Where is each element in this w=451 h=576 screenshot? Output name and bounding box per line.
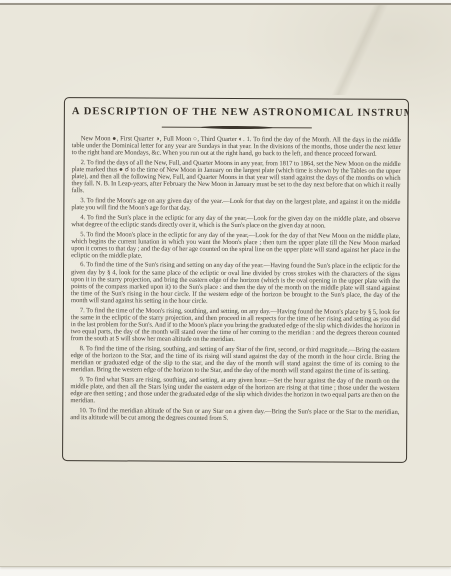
- document-body: New Moon ●, First Quarter ◑, Full Moon ○…: [70, 135, 400, 423]
- paper-sheet: A DESCRIPTION OF THE NEW ASTRONOMICAL IN…: [0, 3, 451, 567]
- printed-border-frame: A DESCRIPTION OF THE NEW ASTRONOMICAL IN…: [62, 97, 409, 463]
- paragraph-moon-phases-and-day-of-month: New Moon ●, First Quarter ◑, Full Moon ○…: [72, 135, 401, 158]
- paragraph-moons-age: 3. To find the Moon's age on any given d…: [71, 197, 400, 213]
- paragraph-new-full-quarter-moons: 2. To find the days of all the New, Full…: [71, 159, 400, 196]
- paragraph-meridian-altitude: 10. To find the meridian altitude of the…: [70, 407, 399, 423]
- paragraph-star-rising-southing-setting: 8. To find the time of the rising, south…: [71, 345, 400, 375]
- document-title: A DESCRIPTION OF THE NEW ASTRONOMICAL IN…: [72, 106, 401, 119]
- paragraph-moon-rising-southing-setting: 7. To find the time of the Moon's rising…: [71, 307, 400, 344]
- paragraph-stars-at-given-hour: 9. To find what Stars are rising, southi…: [70, 376, 399, 406]
- scanned-page: A DESCRIPTION OF THE NEW ASTRONOMICAL IN…: [0, 0, 451, 576]
- swelled-rule-divider: [161, 126, 311, 130]
- paragraph-moons-place-ecliptic: 5. To find the Moon's place in the eclip…: [71, 231, 400, 261]
- paragraph-sun-rising-setting: 6. To find the time of the Sun's rising …: [71, 262, 400, 306]
- paragraph-suns-place-ecliptic: 4. To find the Sun's place in the eclipt…: [71, 214, 400, 230]
